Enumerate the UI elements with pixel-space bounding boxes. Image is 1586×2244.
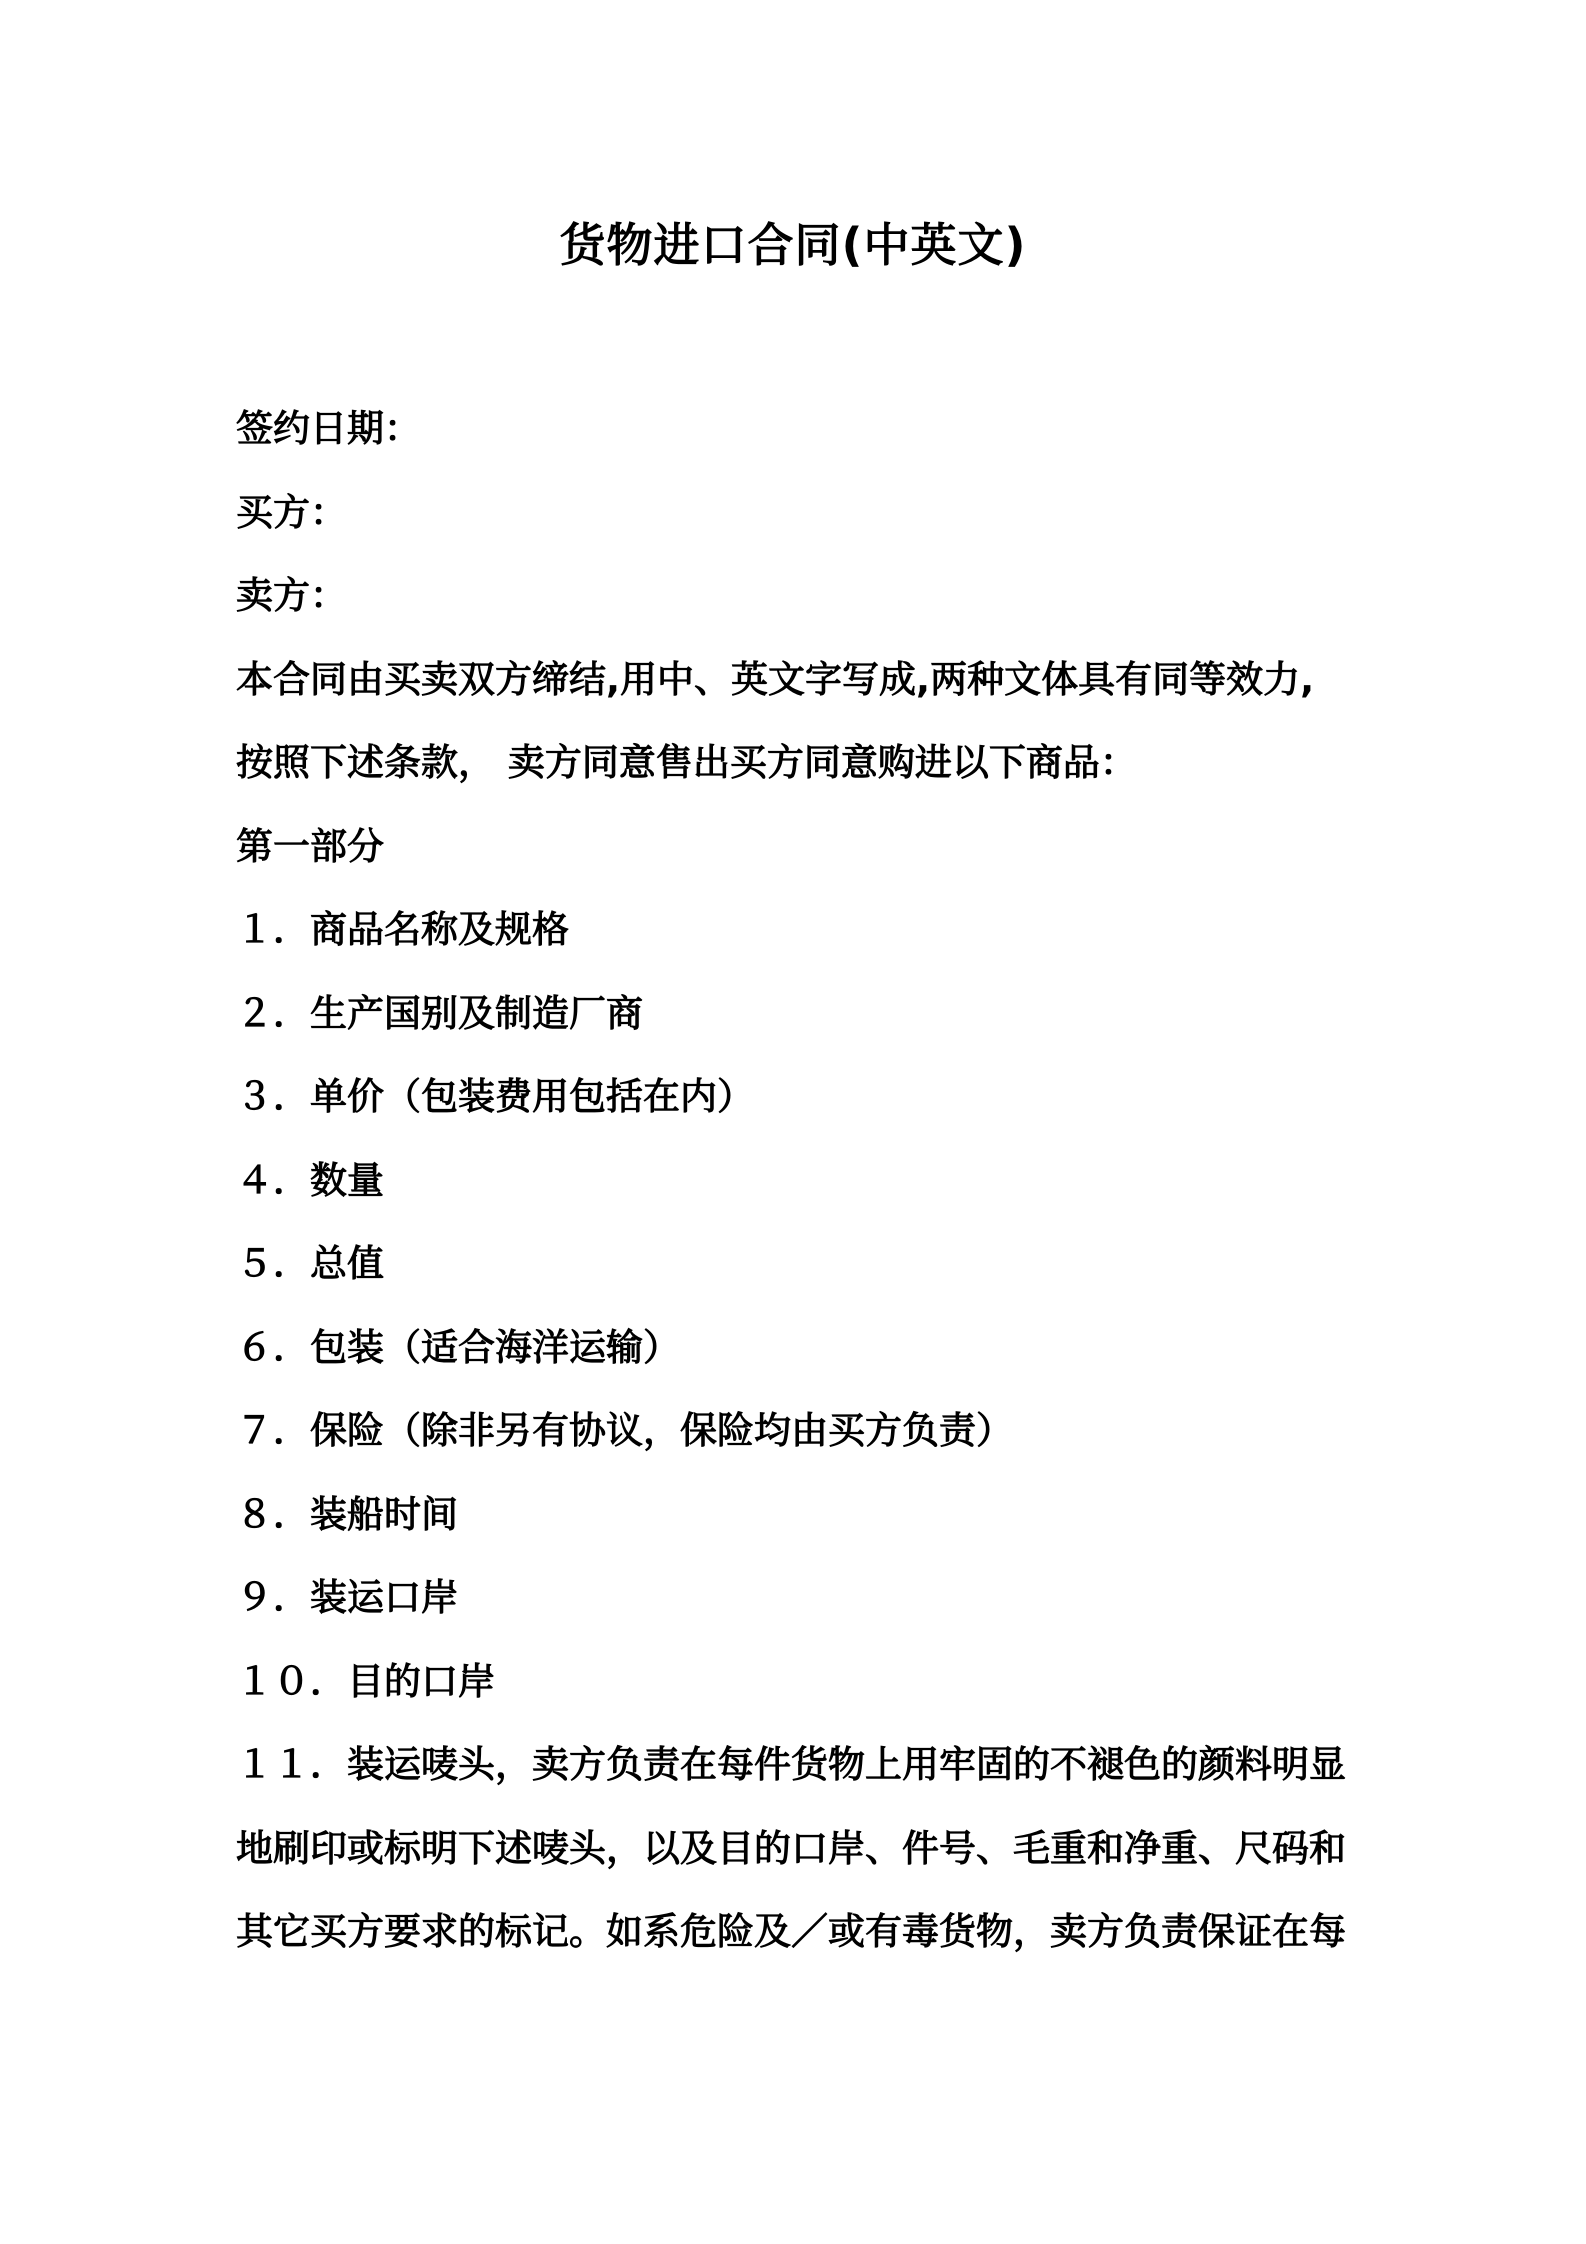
line-item-2: ２．生产国别及制造厂商 xyxy=(236,972,1356,1056)
line-item-6: ６．包装（适合海洋运输） xyxy=(236,1306,1356,1390)
line-item-11-1: １１．装运唛头，卖方负责在每件货物上用牢固的不褪色的颜料明显 xyxy=(236,1723,1356,1807)
line-part-one-heading: 第一部分 xyxy=(236,805,1356,889)
document-page: 货物进口合同(中英文) 签约日期： 买方： 卖方： 本合同由买卖双方缔结,用中、… xyxy=(0,0,1586,2244)
line-buyer: 买方： xyxy=(236,471,1356,555)
line-item-11-3: 其它买方要求的标记。如系危险及／或有毒货物，卖方负责保证在每 xyxy=(236,1890,1356,1974)
line-item-11-2: 地刷印或标明下述唛头，以及目的口岸、件号、毛重和净重、尺码和 xyxy=(236,1807,1356,1891)
page-title: 货物进口合同(中英文) xyxy=(0,212,1586,278)
line-item-5: ５．总值 xyxy=(236,1222,1356,1306)
line-item-8: ８．装船时间 xyxy=(236,1473,1356,1557)
line-item-4: ４．数量 xyxy=(236,1139,1356,1223)
line-intro-1: 本合同由买卖双方缔结,用中、英文字写成,两种文体具有同等效力, xyxy=(236,638,1356,722)
line-item-7: ７．保险（除非另有协议，保险均由买方负责） xyxy=(236,1389,1356,1473)
line-item-3: ３．单价（包装费用包括在内） xyxy=(236,1055,1356,1139)
line-intro-2: 按照下述条款， 卖方同意售出买方同意购进以下商品： xyxy=(236,721,1356,805)
line-sign-date: 签约日期： xyxy=(236,387,1356,471)
line-item-10: １０．目的口岸 xyxy=(236,1640,1356,1724)
line-item-1: １．商品名称及规格 xyxy=(236,888,1356,972)
line-item-9: ９．装运口岸 xyxy=(236,1556,1356,1640)
line-seller: 卖方： xyxy=(236,554,1356,638)
document-body: 签约日期： 买方： 卖方： 本合同由买卖双方缔结,用中、英文字写成,两种文体具有… xyxy=(236,387,1356,1974)
